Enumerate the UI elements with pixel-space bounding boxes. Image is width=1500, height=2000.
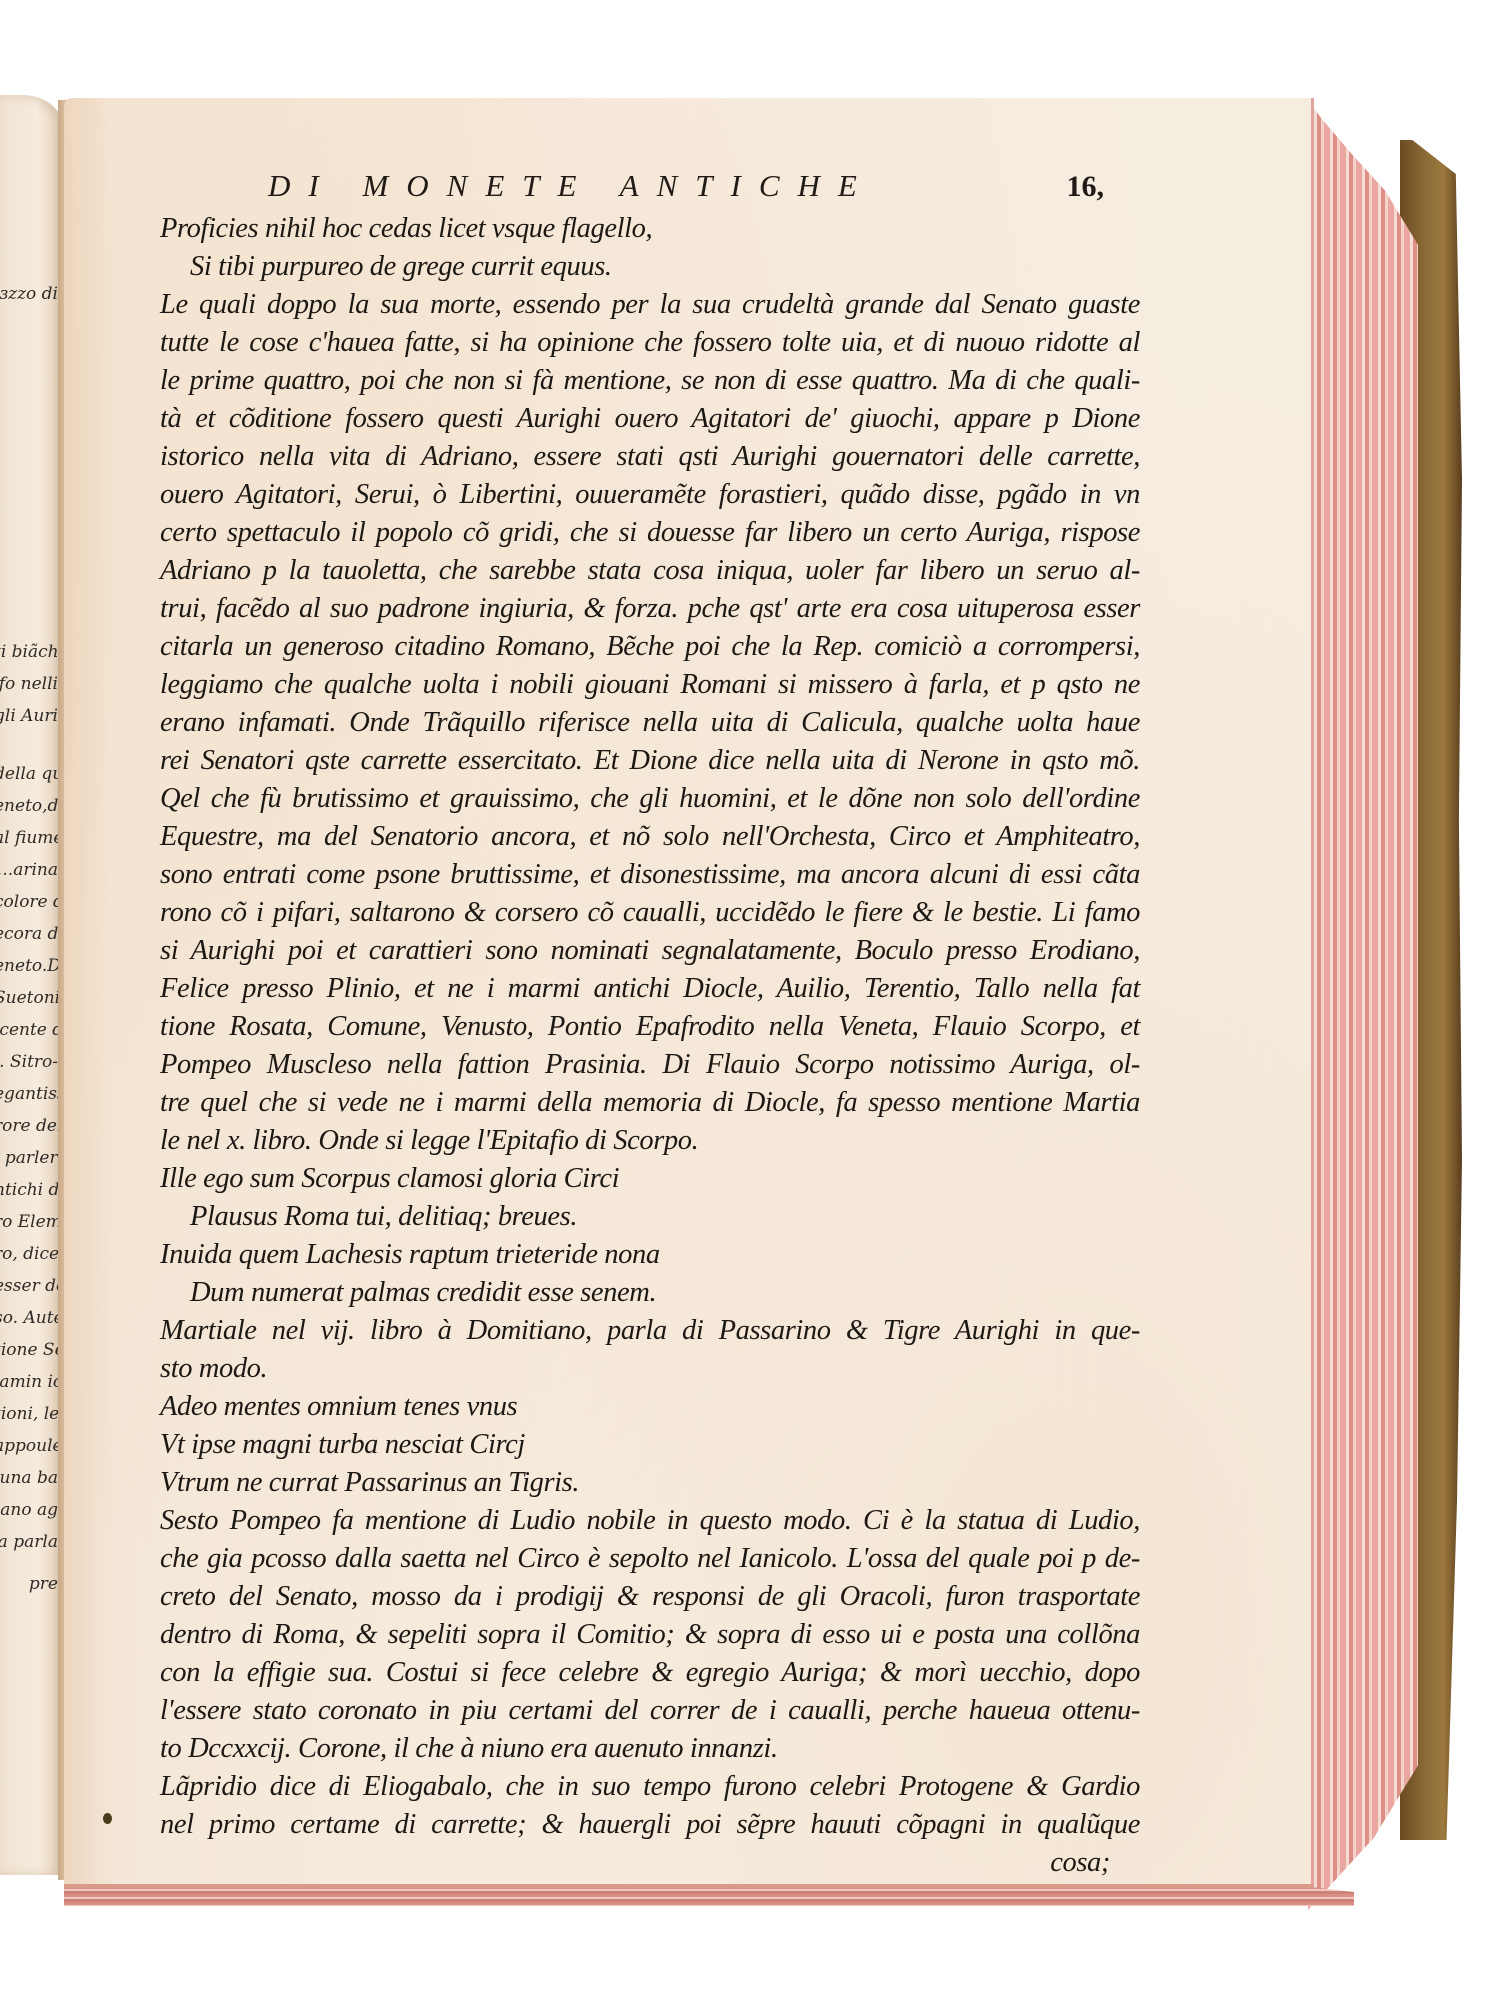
text-line: Ille ego sum Scorpus clamosi gloria Circ…: [160, 1160, 1140, 1198]
text-line: le prime quattro, poi che non si fà ment…: [160, 362, 1140, 400]
left-margin-fragment: ti biãche: [0, 638, 58, 667]
text-line: Vt ipse magni turba nesciat Circj: [160, 1426, 1140, 1464]
left-margin-fragment: Suetonio: [0, 984, 58, 1013]
text-line: Qel che fù brutissimo et grauissimo, che…: [160, 780, 1140, 818]
left-margin-fragment: ro, dice,: [0, 1240, 58, 1269]
text-line: creto del Senato, mosso da i prodigij & …: [160, 1578, 1140, 1616]
left-margin-fragment: . Sitro-: [0, 1048, 58, 1077]
text-line: le nel x. libro. Onde si legge l'Epitafi…: [160, 1122, 1140, 1160]
text-line: ouero Agitatori, Serui, ò Libertini, ouu…: [160, 476, 1140, 514]
left-margin-fragment: una ba: [0, 1464, 58, 1493]
ink-spot: [103, 1813, 112, 1824]
left-margin-fragment: so. Aute-: [0, 1304, 58, 1333]
text-line: tre quel che si vede ne i marmi della me…: [160, 1084, 1140, 1122]
text-line: erano infamati. Onde Trãquillo riferisce…: [160, 704, 1140, 742]
text-line: Inuida quem Lachesis raptum trieteride n…: [160, 1236, 1140, 1274]
left-margin-fragment: tioni, le: [0, 1400, 58, 1429]
text-line: Vtrum ne currat Passarinus an Tigris.: [160, 1464, 1140, 1502]
red-bottom-edge: [64, 1886, 1354, 1906]
text-line: sono entrati come psone bruttissime, et …: [160, 856, 1140, 894]
text-line: con la effigie sua. Costui si fece celeb…: [160, 1654, 1140, 1692]
text-line: Dum numerat palmas credidit esse senem.: [160, 1274, 1140, 1312]
left-margin-fragment: lamin io,: [0, 1368, 58, 1397]
running-head: DI MONETE ANTICHE: [268, 168, 875, 204]
text-line: tione Rosata, Comune, Venusto, Pontio Ep…: [160, 1008, 1140, 1046]
text-line: rei Senatori qste carrette essercitato. …: [160, 742, 1140, 780]
left-margin-fragment: eneto,da: [0, 792, 58, 821]
text-line: cosa;: [160, 1844, 1140, 1882]
page-header: DI MONETE ANTICHE 16,: [268, 168, 1098, 204]
text-line: si Aurighi poi et carattieri sono nomina…: [160, 932, 1140, 970]
left-margin-fragment: gli Auri-: [0, 702, 58, 731]
left-margin-fragment: esser deti: [0, 1272, 58, 1301]
text-line: trui, facẽdo al suo padrone ingiuria, & …: [160, 590, 1140, 628]
left-margin-fragment: rore della: [0, 1112, 58, 1141]
left-margin-fragment: fo nelli: [0, 670, 58, 699]
text-line: rono cõ i pifari, saltarono & corsero cõ…: [160, 894, 1140, 932]
left-margin-fragment: icente del: [0, 1016, 58, 1045]
text-line: l'essere stato coronato in piu certami d…: [160, 1692, 1140, 1730]
left-margin-fragment: iano ag: [0, 1496, 58, 1525]
text-line: nel primo certame di carrette; & hauergl…: [160, 1806, 1140, 1844]
left-margin-fragment: della qua: [0, 760, 58, 789]
text-line: che gia pcosso dalla saetta nel Circo è …: [160, 1540, 1140, 1578]
left-margin-fragment: tione Se-: [0, 1336, 58, 1365]
text-line: Sesto Pompeo fa mentione di Ludio nobile…: [160, 1502, 1140, 1540]
red-fore-edge: [1308, 100, 1418, 1910]
text-line: Pompeo Musclesо nella fattion Prasinia. …: [160, 1046, 1140, 1084]
text-line: sto modo.: [160, 1350, 1140, 1388]
left-margin-fragment: colore del: [0, 888, 58, 917]
text-line: Adeo mentes omnium tenes vnus: [160, 1388, 1140, 1426]
left-margin-fragment: ì parlero: [0, 1144, 58, 1173]
left-margin-fragment: ecora del-: [0, 920, 58, 949]
text-line: Le quali doppo la sua morte, essendo per…: [160, 286, 1140, 324]
text-line: citarla un generoso citadino Romano, Bẽc…: [160, 628, 1140, 666]
text-line: Proficies nihil hoc cedas licet vsque fl…: [160, 210, 1140, 248]
text-line: Martiale nel vij. libro à Domitiano, par…: [160, 1312, 1140, 1350]
text-line: dentro di Roma, & sepeliti sopra il Comi…: [160, 1616, 1140, 1654]
left-margin-fragment: ‥.arina: [0, 856, 58, 885]
text-line: tà et cõditione fossero questi Aurighi o…: [160, 400, 1140, 438]
left-margin-fragment: al fiume: [0, 824, 58, 853]
left-margin-fragment: eneto.Di: [0, 952, 58, 981]
left-margin-fragment: ntichi di-: [0, 1176, 58, 1205]
left-margin-fragment: pre: [0, 1570, 58, 1599]
text-line: certo spettaculo il popolo cõ gridi, che…: [160, 514, 1140, 552]
text-line: Plausus Roma tui, delitiaq; breues.: [160, 1198, 1140, 1236]
left-margin-fragment: appoulea: [0, 1432, 58, 1461]
text-line: Equestre, ma del Senatorio ancora, et nõ…: [160, 818, 1140, 856]
left-margin-fragment: ro Elemẽ: [0, 1208, 58, 1237]
text-line: Felice presso Plinio, et ne i marmi anti…: [160, 970, 1140, 1008]
left-margin-fragment: egantiss-: [0, 1080, 58, 1109]
text-line: istorico nella vita di Adriano, essere s…: [160, 438, 1140, 476]
text-line: Adriano p la tauoletta, che sarebbe stat…: [160, 552, 1140, 590]
text-line: leggiamo che qualche uolta i nobili giou…: [160, 666, 1140, 704]
text-line: Si tibi purpureo de grege currit equus.: [160, 248, 1140, 286]
text-line: to Dccxxcij. Corone, il che à niuno era …: [160, 1730, 1140, 1768]
left-margin-fragment: a parla: [0, 1528, 58, 1557]
text-line: Lãpridio dice di Eliogabalo, che in suo …: [160, 1768, 1140, 1806]
text-line: tutte le cose c'hauea fatte, si ha opini…: [160, 324, 1140, 362]
left-margin-fragment: ɜzzo di: [0, 280, 58, 309]
left-page: ɜzzo diti biãchefo nelligli Auri-della q…: [0, 95, 62, 1875]
page-number: 16,: [1067, 170, 1105, 204]
page-body-text: Proficies nihil hoc cedas licet vsque fl…: [160, 210, 1140, 1882]
